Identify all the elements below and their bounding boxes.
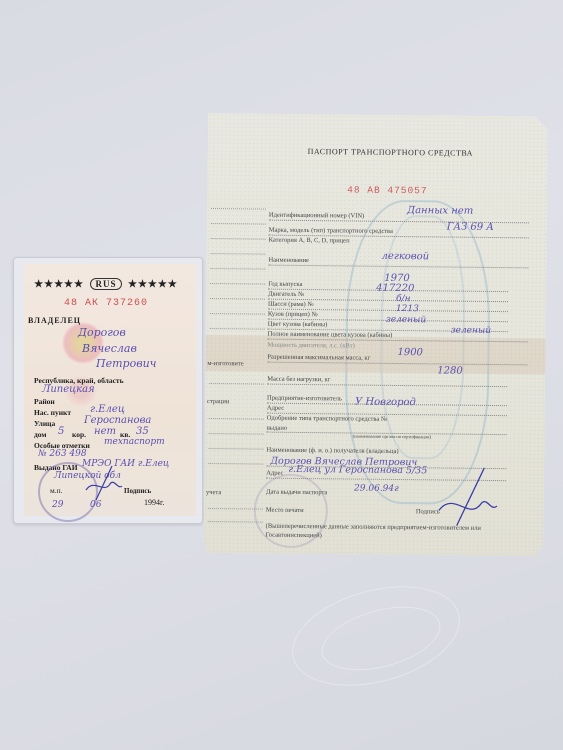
notes-value: техпаспорт (104, 437, 165, 447)
field-maxmass-label: Разрешенная максимальная масса, кг (267, 354, 370, 362)
field-vin-label: Идентификационный номер (VIN) (269, 212, 364, 220)
locality-value: г.Елец (90, 404, 125, 415)
field-fullcolor-label: Полное наименование цвета кузова (кабины… (268, 331, 393, 339)
year-suffix: г. (160, 498, 164, 507)
field-manufacturer-value: У Новгород (355, 397, 416, 409)
date-month: 06 (90, 500, 101, 510)
field-power-label: Мощность двигателя, л.с. (кВт) (268, 342, 355, 350)
field-vin-value: Данных нет (407, 205, 473, 217)
field-make-label: Марка, модель (тип) транспортного средст… (269, 227, 393, 235)
district-label: Район (34, 397, 55, 406)
passport-serial-number: 48 АВ 475057 (347, 184, 428, 196)
field-issue-date-value: 29.06.94г (354, 484, 399, 494)
field-address-label: Адрес (267, 405, 284, 412)
house-value: 5 (58, 426, 64, 437)
field-owner-label: Наименование (ф. и. о.) получателя (влад… (266, 447, 398, 455)
region-value: Липецкая (42, 384, 95, 395)
stars-left: ★★★★★ (34, 279, 84, 290)
field-name-value: легковой (381, 251, 429, 262)
field-color-value: зеленый (386, 315, 426, 325)
card-serial-number: 48 АК 737260 (64, 298, 148, 309)
card-header: ★★★★★ RUS ★★★★★ (26, 278, 186, 290)
street-label: Улица (34, 419, 55, 428)
left-fragment-manufacturer: м-изготовите (207, 360, 243, 367)
field-color-label: Цвет кузова (кабины) (268, 321, 328, 329)
field-year-label: Год выпуска (268, 281, 302, 288)
house-label: дом (34, 430, 47, 439)
field-chassis-value: б/н (396, 294, 411, 304)
field-curbmass-label: Масса без нагрузки, кг (267, 376, 330, 384)
field-manufacturer-label: Предприятие-изготовитель (267, 395, 342, 403)
building-value: нет (94, 426, 116, 437)
field-engine-label: Двигатель № (268, 291, 304, 298)
stars-right: ★★★★★ (128, 279, 178, 290)
field-make-value: ГАЗ 69 А (447, 222, 494, 233)
signature-label: Подпись (124, 487, 151, 495)
field-maxmass-value: 1900 (397, 347, 423, 358)
field-engine-value: 417220 (376, 283, 414, 294)
locality-label: Нас. пункт (34, 408, 71, 417)
vehicle-passport: ПАСПОРТ ТРАНСПОРТНОГО СРЕДСТВА 48 АВ 475… (203, 113, 548, 557)
year-value: 1994 (144, 498, 160, 507)
notes-value-2: № 263 498 (38, 449, 87, 459)
owner-label: ВЛАДЕЛЕЦ (28, 316, 81, 325)
mp-label: м.п. (50, 486, 63, 495)
date-year: 1994г. (144, 498, 164, 507)
owner-patronymic: Петрович (96, 357, 157, 370)
date-day: 29 (52, 500, 63, 510)
registration-card-paper: ★★★★★ RUS ★★★★★ 48 АК 737260 ВЛАДЕЛЕЦ До… (24, 264, 196, 516)
building-label: кор. (72, 430, 86, 439)
field-approval-label: Одобрение типа транспортного средства № (267, 415, 387, 423)
owner-surname: Дорогов (78, 326, 126, 339)
passport-title: ПАСПОРТ ТРАНСПОРТНОГО СРЕДСТВА (308, 147, 473, 158)
registration-card: ★★★★★ RUS ★★★★★ 48 АК 737260 ВЛАДЕЛЕЦ До… (13, 257, 203, 524)
apt-value: 35 (136, 426, 149, 437)
left-fragment-accounting: учета (206, 489, 221, 496)
country-code: RUS (90, 278, 121, 290)
field-fullcolor-value: зеленый (451, 326, 491, 336)
cert-note: (наименование органа по сертификации) (353, 434, 431, 440)
field-body-label: Кузов (прицеп) № (268, 311, 318, 319)
field-chassis-label: Шасси (рама) № (268, 301, 314, 308)
field-category-label: Категория А, В, С, D, прицеп (269, 237, 350, 245)
left-fragment-registration: страции (207, 398, 229, 405)
street-value: Героспанова (84, 415, 151, 426)
owner-name: Вячеслав (82, 342, 137, 355)
field-body-value: 1213 (396, 304, 419, 314)
field-curbmass-value: 1280 (437, 365, 463, 376)
footnote: (Вышеперечисленные данные заполняются пр… (266, 522, 536, 543)
field-owner-address-value: г.Елец ул Героспанова 5/35 (288, 464, 427, 476)
field-name-label: Наименование (268, 257, 309, 264)
